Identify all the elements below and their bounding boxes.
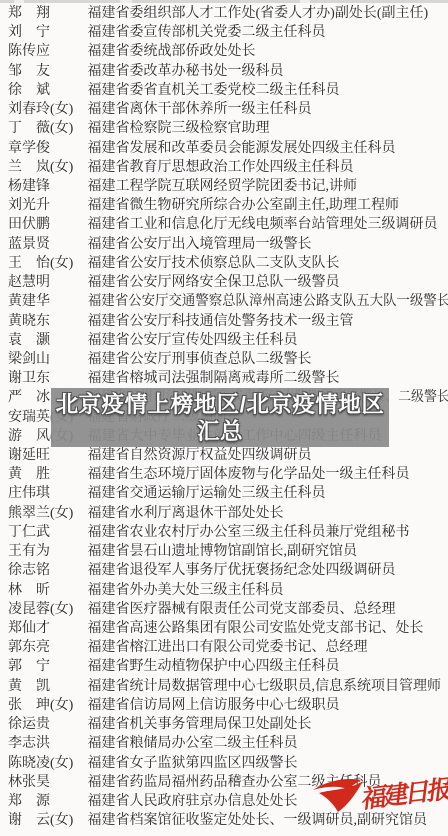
roster-row: 徐运贵 福建省机关事务管理局保卫处副处长 — [0, 715, 448, 734]
person-title: 福建省微生物研究所综合办公室副主任,助理工程师 — [88, 196, 400, 215]
person-title: 福建省工业和信息化厅无线电频率台站管理处三级调研员 — [88, 215, 438, 234]
roster-row: 杨建锋 福建工程学院互联网经贸学院团委书记,讲师 — [0, 177, 448, 196]
roster-row: 徐志铭 福建省退役军人事务厅优抚褒扬纪念处四级调研员 — [0, 561, 448, 580]
roster-row: 章学俊 福建省发展和改革委员会能源发展处四级主任科员 — [0, 139, 448, 158]
watermark-overlay: 北京疫情上榜地区/北京疫情地区 汇总 — [51, 388, 389, 447]
logo-text: 福建日报 — [358, 775, 448, 814]
roster-row: 徐 斌 福建省委省直机关工委党校二级主任科员 — [0, 81, 448, 100]
person-title: 福建省公安厅网络安全保卫总队一级警员 — [88, 273, 340, 292]
person-title: 福建工程学院互联网经贸学院团委书记,讲师 — [88, 177, 358, 196]
person-title: 福建省公安厅宣传处四级主任科员 — [88, 331, 298, 350]
person-title: 福建省委宣传部机关党委二级主任科员 — [88, 23, 326, 42]
overlay-title-line1: 北京疫情上榜地区/北京疫情地区 — [56, 391, 385, 418]
person-name: 林张昊 — [8, 773, 84, 792]
person-name: 刘光升 — [8, 196, 84, 215]
roster-row: 梁剑山 福建省公安厅刑事侦查总队二级警长 — [0, 350, 448, 369]
person-name: 徐 斌 — [8, 81, 84, 100]
person-name: 丁仁武 — [8, 523, 84, 542]
person-title: 福建省公安厅出入境管理局一级警长 — [88, 235, 312, 254]
person-title: 福建省信访局网上信访服务中心七级职员 — [88, 696, 340, 715]
person-title: 福建省离休干部休养所一级主任科员 — [88, 100, 312, 119]
top-edge-notch — [14, 0, 24, 3]
person-name: 黄 胜 — [8, 465, 84, 484]
person-name: 徐运贵 — [8, 715, 84, 734]
person-name: 谢 云(女) — [8, 811, 84, 830]
person-name: 王有为 — [8, 542, 84, 561]
person-name: 谢延旺 — [8, 446, 84, 465]
person-title: 福建省水利厅离退休干部处处长 — [88, 504, 284, 523]
person-title: 福建省机关事务管理局保卫处副处长 — [88, 715, 312, 734]
roster-row: 黄晓东 福建省公安厅科技通信处警务技术一级主管 — [0, 312, 448, 331]
person-title: 福建省野生动植物保护中心四级主任科员 — [88, 657, 340, 676]
person-name: 兰 岚(女) — [8, 158, 84, 177]
person-name: 田伏鹏 — [8, 215, 84, 234]
roster-row: 陈传应 福建省委统战部侨政处处长 — [0, 42, 448, 61]
person-title: 福建省委省直机关工委党校二级主任科员 — [88, 81, 340, 100]
person-name: 袁 灏 — [8, 331, 84, 350]
roster-row: 邹 友 福建省委改革办秘书处一级科员 — [0, 62, 448, 81]
roster-row: 王有为 福建省昙石山遗址博物馆副馆长,副研究馆员 — [0, 542, 448, 561]
roster-row: 郑 翔 福建省委组织部人才工作处(省委人才办)副处长(副主任) — [0, 4, 448, 23]
roster-row: 丁仁武 福建省农业农村厅办公室三级主任科员兼厅党组秘书 — [0, 523, 448, 542]
person-name: 熊翠兰(女) — [8, 504, 84, 523]
person-title: 福建省检察院三级检察官助理 — [88, 119, 270, 138]
person-name: 黄 凯 — [8, 677, 84, 696]
person-name: 李志洪 — [8, 734, 84, 753]
person-name: 郑 源 — [8, 792, 84, 811]
person-title: 福建省教育厅思想政治工作处四级主任科员 — [88, 158, 354, 177]
person-name: 蓝景贤 — [8, 235, 84, 254]
roster-row: 张 珅(女) 福建省信访局网上信访服务中心七级职员 — [0, 696, 448, 715]
person-title: 福建省高速公路集团有限公司安监处党支部书记、处长 — [88, 619, 424, 638]
person-title: 福建省生态环境厅固体废物与化学品处一级主任科员 — [88, 465, 410, 484]
person-name: 徐志铭 — [8, 561, 84, 580]
person-name: 杨建锋 — [8, 177, 84, 196]
roster-row: 李志洪 福建省粮储局办公室二级主任科员 — [0, 734, 448, 753]
person-name: 丁 薇(女) — [8, 119, 84, 138]
roster-row: 庄伟琪 福建省交通运输厅运输处三级主任科员 — [0, 484, 448, 503]
person-title: 福建省人民政府驻京办信息处处长 — [88, 792, 298, 811]
roster-row: 刘 宁 福建省委宣传部机关党委二级主任科员 — [0, 23, 448, 42]
person-name: 章学俊 — [8, 139, 84, 158]
page-top-edge — [0, 0, 448, 3]
person-name: 陈传应 — [8, 42, 84, 61]
top-edge-notch — [300, 0, 310, 3]
roster-row: 林 昕 福建省外办美大处三级主任科员 — [0, 581, 448, 600]
roster-row: 凌昆蓉(女) 福建省医疗器械有限责任公司党支部委员、总经理 — [0, 600, 448, 619]
person-name: 刘春玲(女) — [8, 100, 84, 119]
person-title: 福建省委组织部人才工作处(省委人才办)副处长(副主任) — [88, 4, 429, 23]
roster-row: 蓝景贤 福建省公安厅出入境管理局一级警长 — [0, 235, 448, 254]
person-title: 福建省医疗器械有限责任公司党支部委员、总经理 — [88, 600, 396, 619]
fujian-daily-logo: 福建日报 — [311, 774, 448, 822]
person-name: 郭东亮 — [8, 638, 84, 657]
person-title: 福建省发展和改革委员会能源发展处四级主任科员 — [88, 139, 396, 158]
roster-row: 田伏鹏 福建省工业和信息化厅无线电频率台站管理处三级调研员 — [0, 215, 448, 234]
roster-row: 王 怡(女) 福建省公安厅技术侦察总队二支队支队长 — [0, 254, 448, 273]
person-title: 福建省农业农村厅办公室三级主任科员兼厅党组秘书 — [88, 523, 410, 542]
person-title: 福建省统计局数据管理中心七级职员,信息系统项目管理师 — [88, 677, 442, 696]
person-name: 赵慧明 — [8, 273, 84, 292]
roster-row: 刘春玲(女) 福建省离休干部休养所一级主任科员 — [0, 100, 448, 119]
person-title: 福建省榕城司法强制隔离戒毒所二级警长 — [88, 369, 340, 388]
roster-row: 郑仙才 福建省高速公路集团有限公司安监处党支部书记、处长 — [0, 619, 448, 638]
person-name: 郭 宁 — [8, 657, 84, 676]
person-name: 郑 翔 — [8, 4, 84, 23]
roster-row: 郭东亮 福建省榕江进出口有限公司党委书记、总经理 — [0, 638, 448, 657]
roster-row: 黄建华 福建省公安厅交通警察总队漳州高速公路支队五大队一级警长 — [0, 292, 448, 311]
person-title: 福建省粮储局办公室二级主任科员 — [88, 734, 298, 753]
person-name: 黄建华 — [8, 292, 84, 311]
person-title: 福建省外办美大处三级主任科员 — [88, 581, 284, 600]
person-title: 福建省委统战部侨政处处长 — [88, 42, 256, 61]
person-name: 林 昕 — [8, 581, 84, 600]
roster-row: 熊翠兰(女) 福建省水利厅离退休干部处处长 — [0, 504, 448, 523]
person-title: 福建省昙石山遗址博物馆副馆长,副研究馆员 — [88, 542, 358, 561]
person-name: 邹 友 — [8, 62, 84, 81]
person-title: 福建省榕江进出口有限公司党委书记、总经理 — [88, 638, 368, 657]
person-title: 福建省自然资源厅权益处四级调研员 — [88, 446, 312, 465]
person-name: 郑仙才 — [8, 619, 84, 638]
overlay-title-line2: 汇总 — [197, 418, 243, 445]
person-name: 刘 宁 — [8, 23, 84, 42]
roster-row: 谢卫东 福建省榕城司法强制隔离戒毒所二级警长 — [0, 369, 448, 388]
person-title: 福建省女子监狱第四监区四级警长 — [88, 754, 298, 773]
person-name: 王 怡(女) — [8, 254, 84, 273]
roster-row: 袁 灏 福建省公安厅宣传处四级主任科员 — [0, 331, 448, 350]
person-title: 福建省交通运输厅运输处三级主任科员 — [88, 484, 326, 503]
person-title: 福建省公安厅刑事侦查总队二级警长 — [88, 350, 312, 369]
person-title: 福建省委改革办秘书处一级科员 — [88, 62, 284, 81]
person-name: 陈晓凌(女) — [8, 754, 84, 773]
top-edge-notch — [120, 0, 132, 3]
person-name: 梁剑山 — [8, 350, 84, 369]
roster-row: 陈晓凌(女) 福建省女子监狱第四监区四级警长 — [0, 754, 448, 773]
person-title: 福建省退役军人事务厅优抚褒扬纪念处四级调研员 — [88, 561, 396, 580]
person-title: 福建省公安厅科技通信处警务技术一级主管 — [88, 312, 354, 331]
swoosh-icon — [313, 779, 363, 812]
roster-row: 黄 胜 福建省生态环境厅固体废物与化学品处一级主任科员 — [0, 465, 448, 484]
roster-row: 兰 岚(女) 福建省教育厅思想政治工作处四级主任科员 — [0, 158, 448, 177]
person-title: 福建省公安厅技术侦察总队二支队支队长 — [88, 254, 340, 273]
person-name: 黄晓东 — [8, 312, 84, 331]
roster-row: 谢延旺 福建省自然资源厅权益处四级调研员 — [0, 446, 448, 465]
roster-row: 黄 凯 福建省统计局数据管理中心七级职员,信息系统项目管理师 — [0, 677, 448, 696]
person-title: 福建省公安厅交通警察总队漳州高速公路支队五大队一级警长 — [88, 292, 448, 311]
person-name: 凌昆蓉(女) — [8, 600, 84, 619]
roster-row: 郭 宁 福建省野生动植物保护中心四级主任科员 — [0, 657, 448, 676]
person-name: 庄伟琪 — [8, 484, 84, 503]
roster-row: 刘光升 福建省微生物研究所综合办公室副主任,助理工程师 — [0, 196, 448, 215]
person-name: 张 珅(女) — [8, 696, 84, 715]
roster-row: 丁 薇(女) 福建省检察院三级检察官助理 — [0, 119, 448, 138]
person-name: 谢卫东 — [8, 369, 84, 388]
roster-row: 赵慧明 福建省公安厅网络安全保卫总队一级警员 — [0, 273, 448, 292]
